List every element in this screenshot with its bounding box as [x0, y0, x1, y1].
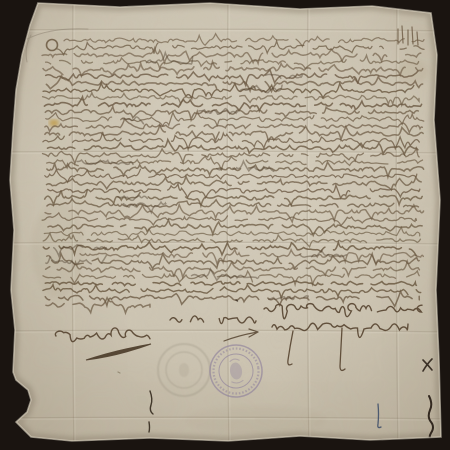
damp-stain-bottom — [185, 406, 325, 434]
manuscript-photo: Photographic scan of an early-modern (15… — [0, 0, 450, 450]
seal-showthrough — [158, 344, 210, 396]
stamp-showthrough — [158, 344, 210, 396]
ink-speck-1 — [236, 300, 238, 301]
manuscript-scan: Photographic scan of an early-modern (15… — [0, 0, 450, 450]
